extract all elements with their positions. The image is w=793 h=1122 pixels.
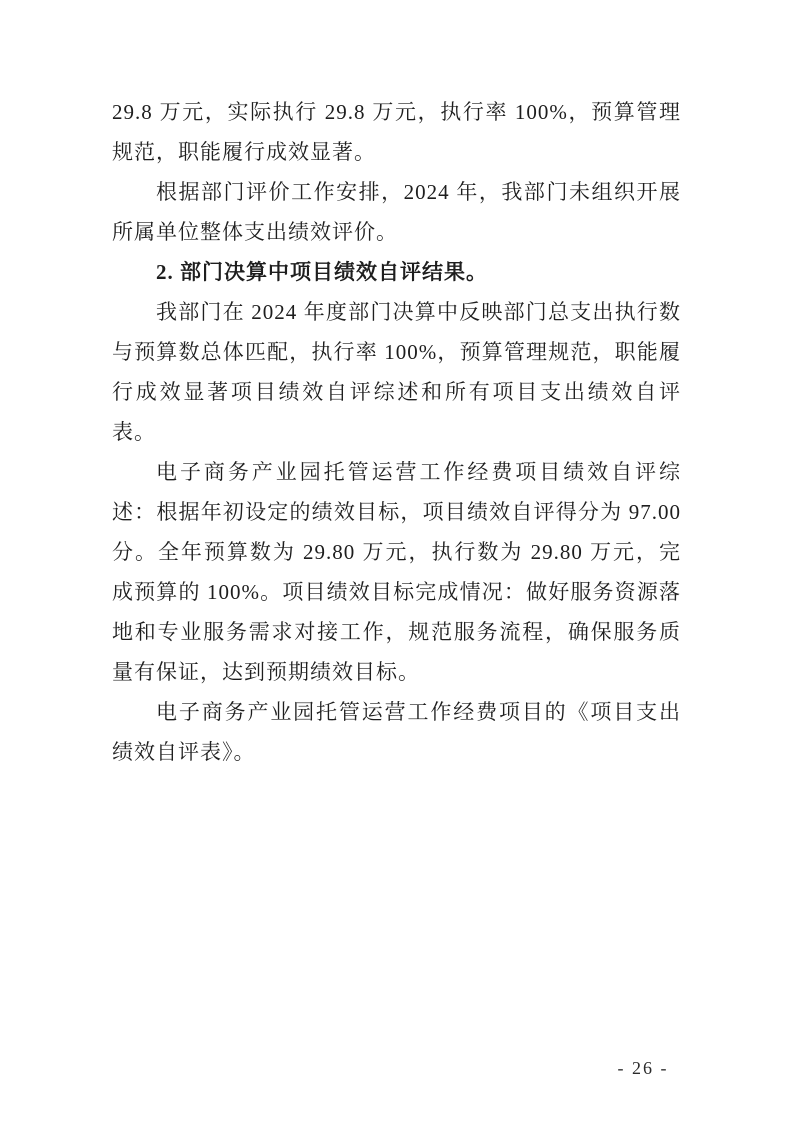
body-paragraph-dept-evaluation: 根据部门评价工作安排，2024 年，我部门未组织开展所属单位整体支出绩效评价。: [112, 172, 681, 252]
section-heading-project-self-eval: 2. 部门决算中项目绩效自评结果。: [112, 252, 681, 292]
body-paragraph-self-eval-table-ref: 电子商务产业园托管运营工作经费项目的《项目支出绩效自评表》。: [112, 692, 681, 772]
page-number: - 26 -: [593, 1058, 693, 1079]
body-paragraph-budget-execution: 29.8 万元，实际执行 29.8 万元，执行率 100%，预算管理规范，职能履…: [112, 92, 681, 172]
page-body: 29.8 万元，实际执行 29.8 万元，执行率 100%，预算管理规范，职能履…: [112, 92, 681, 772]
document-page: 29.8 万元，实际执行 29.8 万元，执行率 100%，预算管理规范，职能履…: [0, 0, 793, 1122]
body-paragraph-final-accounts: 我部门在 2024 年度部门决算中反映部门总支出执行数与预算数总体匹配，执行率 …: [112, 292, 681, 452]
body-paragraph-ecommerce-park-summary: 电子商务产业园托管运营工作经费项目绩效自评综述：根据年初设定的绩效目标，项目绩效…: [112, 452, 681, 692]
